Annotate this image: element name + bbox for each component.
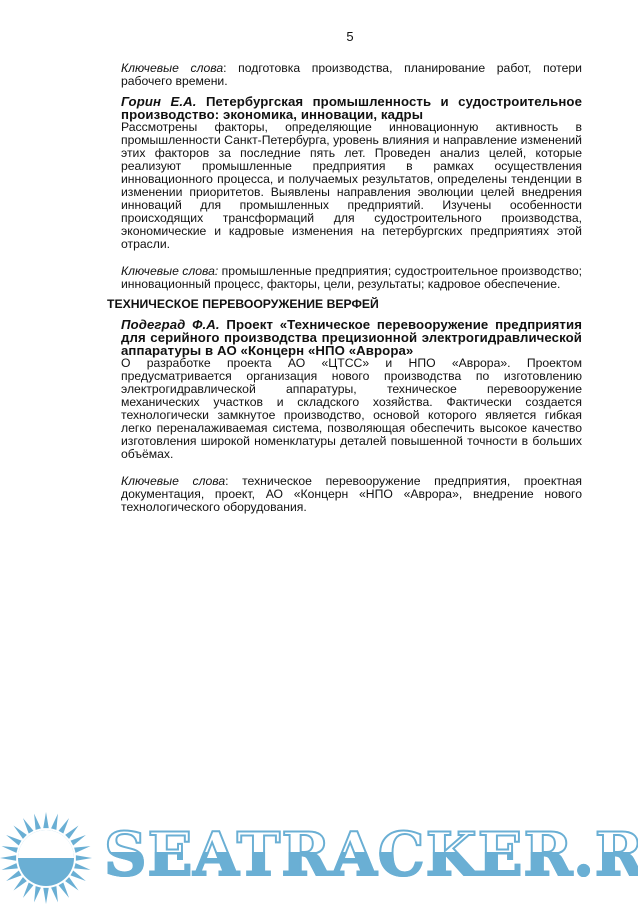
entry-title: Подеград Ф.А. Проект «Техническое перево… bbox=[121, 318, 582, 357]
keywords-paragraph: Ключевые слова: техническое перевооружен… bbox=[121, 475, 582, 514]
keywords-paragraph: Ключевые слова: промышленные предприятия… bbox=[121, 265, 582, 291]
entry-title: Горин Е.А. Петербургская промышленность … bbox=[121, 95, 582, 121]
keywords-label: Ключевые слова: bbox=[121, 264, 218, 278]
keywords-label: Ключевые слова bbox=[121, 61, 223, 75]
keywords-paragraph: Ключевые слова: подготовка производства,… bbox=[121, 62, 582, 88]
section-heading: ТЕХНИЧЕСКОЕ ПЕРЕВООРУЖЕНИЕ ВЕРФЕЙ bbox=[107, 298, 568, 311]
page-number: 5 bbox=[0, 30, 638, 44]
entry-abstract: О разработке проекта АО «ЦТСС» и НПО «Ав… bbox=[121, 357, 582, 461]
document-body: Ключевые слова: подготовка производства,… bbox=[121, 62, 582, 514]
entry-abstract: Рассмотрены факторы, определяющие иннова… bbox=[121, 121, 582, 251]
sun-over-sea-icon bbox=[0, 812, 96, 906]
keywords-label: Ключевые слова bbox=[121, 474, 225, 488]
watermark-text: SEATRACKER.RU bbox=[104, 819, 638, 891]
watermark: SEATRACKER.RU bbox=[0, 812, 638, 906]
